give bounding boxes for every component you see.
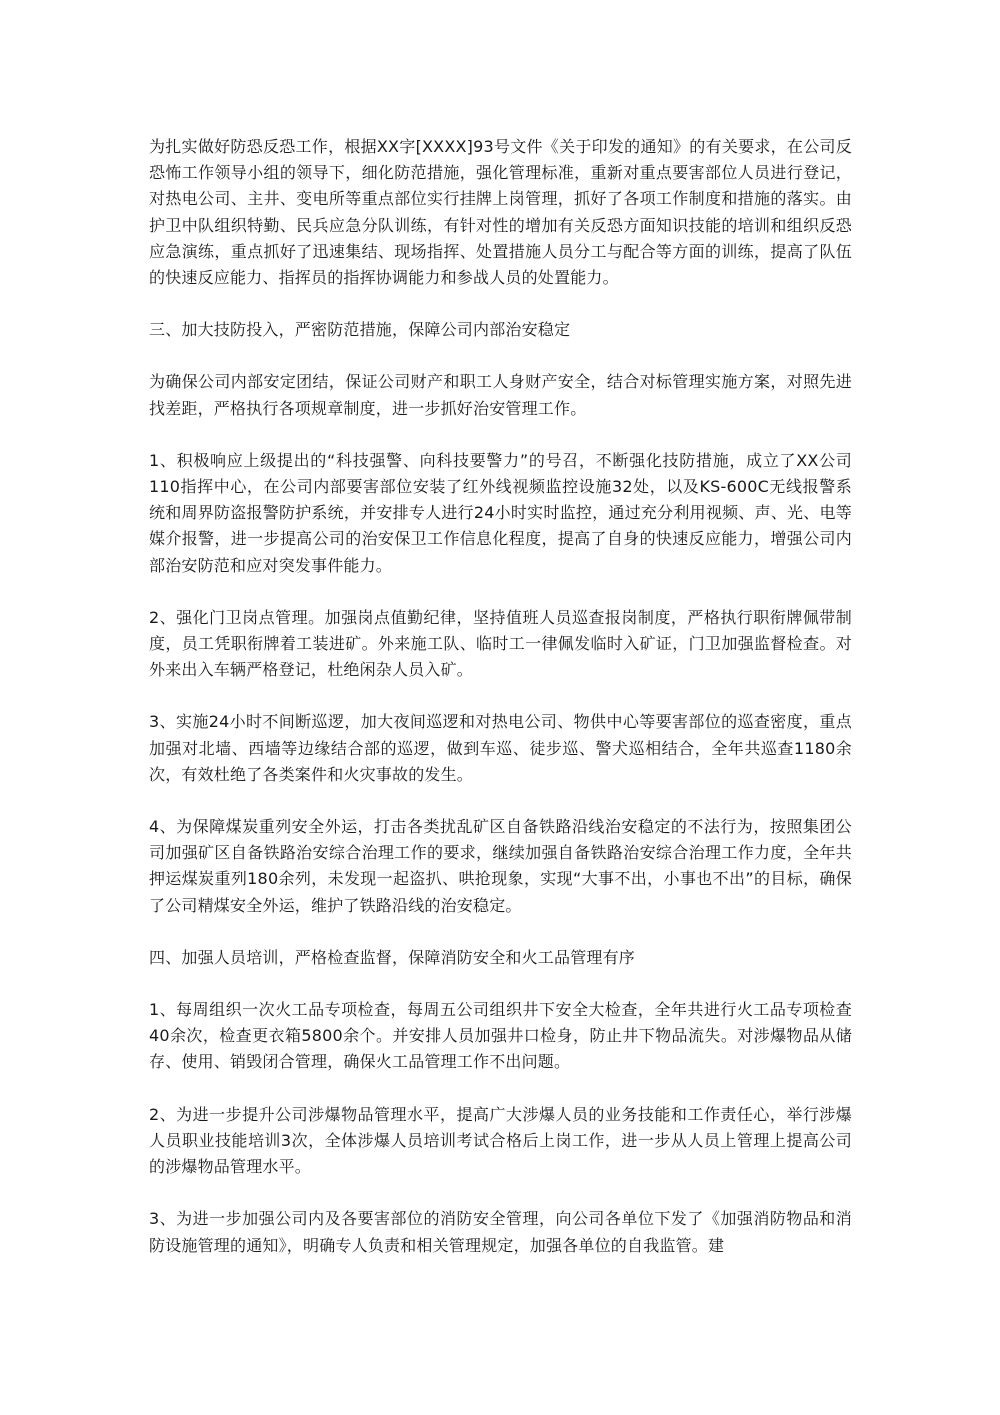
paragraph-section4-item1: 1、每周组织一次火工品专项检查，每周五公司组织井下安全大检查，全年共进行火工品专… [149,997,852,1076]
paragraph-section3-item1: 1、积极响应上级提出的“科技强警、向科技要警力”的号召，不断强化技防措施，成立了… [149,448,852,579]
paragraph-section3-intro: 为确保公司内部安定团结，保证公司财产和职工人身财产安全，结合对标管理实施方案，对… [149,369,852,421]
paragraph-section3-item3: 3、实施24小时不间断巡逻，加大夜间巡逻和对热电公司、物供中心等要害部位的巡查密… [149,709,852,788]
paragraph-section3-item2: 2、强化门卫岗点管理。加强岗点值勤纪律，坚持值班人员巡查报岗制度，严格执行职衔牌… [149,605,852,684]
section-heading-3: 三、加大技防投入，严密防范措施，保障公司内部治安稳定 [149,317,852,343]
paragraph-section4-item3: 3、为进一步加强公司内及各要害部位的消防安全管理，向公司各单位下发了《加强消防物… [149,1206,852,1258]
paragraph-antiterror-intro: 为扎实做好防恐反恐工作，根据XX字[XXXX]93号文件《关于印发的通知》的有关… [149,134,852,291]
paragraph-section3-item4: 4、为保障煤炭重列安全外运，打击各类扰乱矿区自备铁路沿线治安稳定的不法行为，按照… [149,814,852,919]
document-page: 为扎实做好防恐反恐工作，根据XX字[XXXX]93号文件《关于印发的通知》的有关… [149,134,852,1285]
paragraph-section4-item2: 2、为进一步提升公司涉爆物品管理水平，提高广大涉爆人员的业务技能和工作责任心，举… [149,1102,852,1181]
section-heading-4: 四、加强人员培训，严格检查监督，保障消防安全和火工品管理有序 [149,945,852,971]
